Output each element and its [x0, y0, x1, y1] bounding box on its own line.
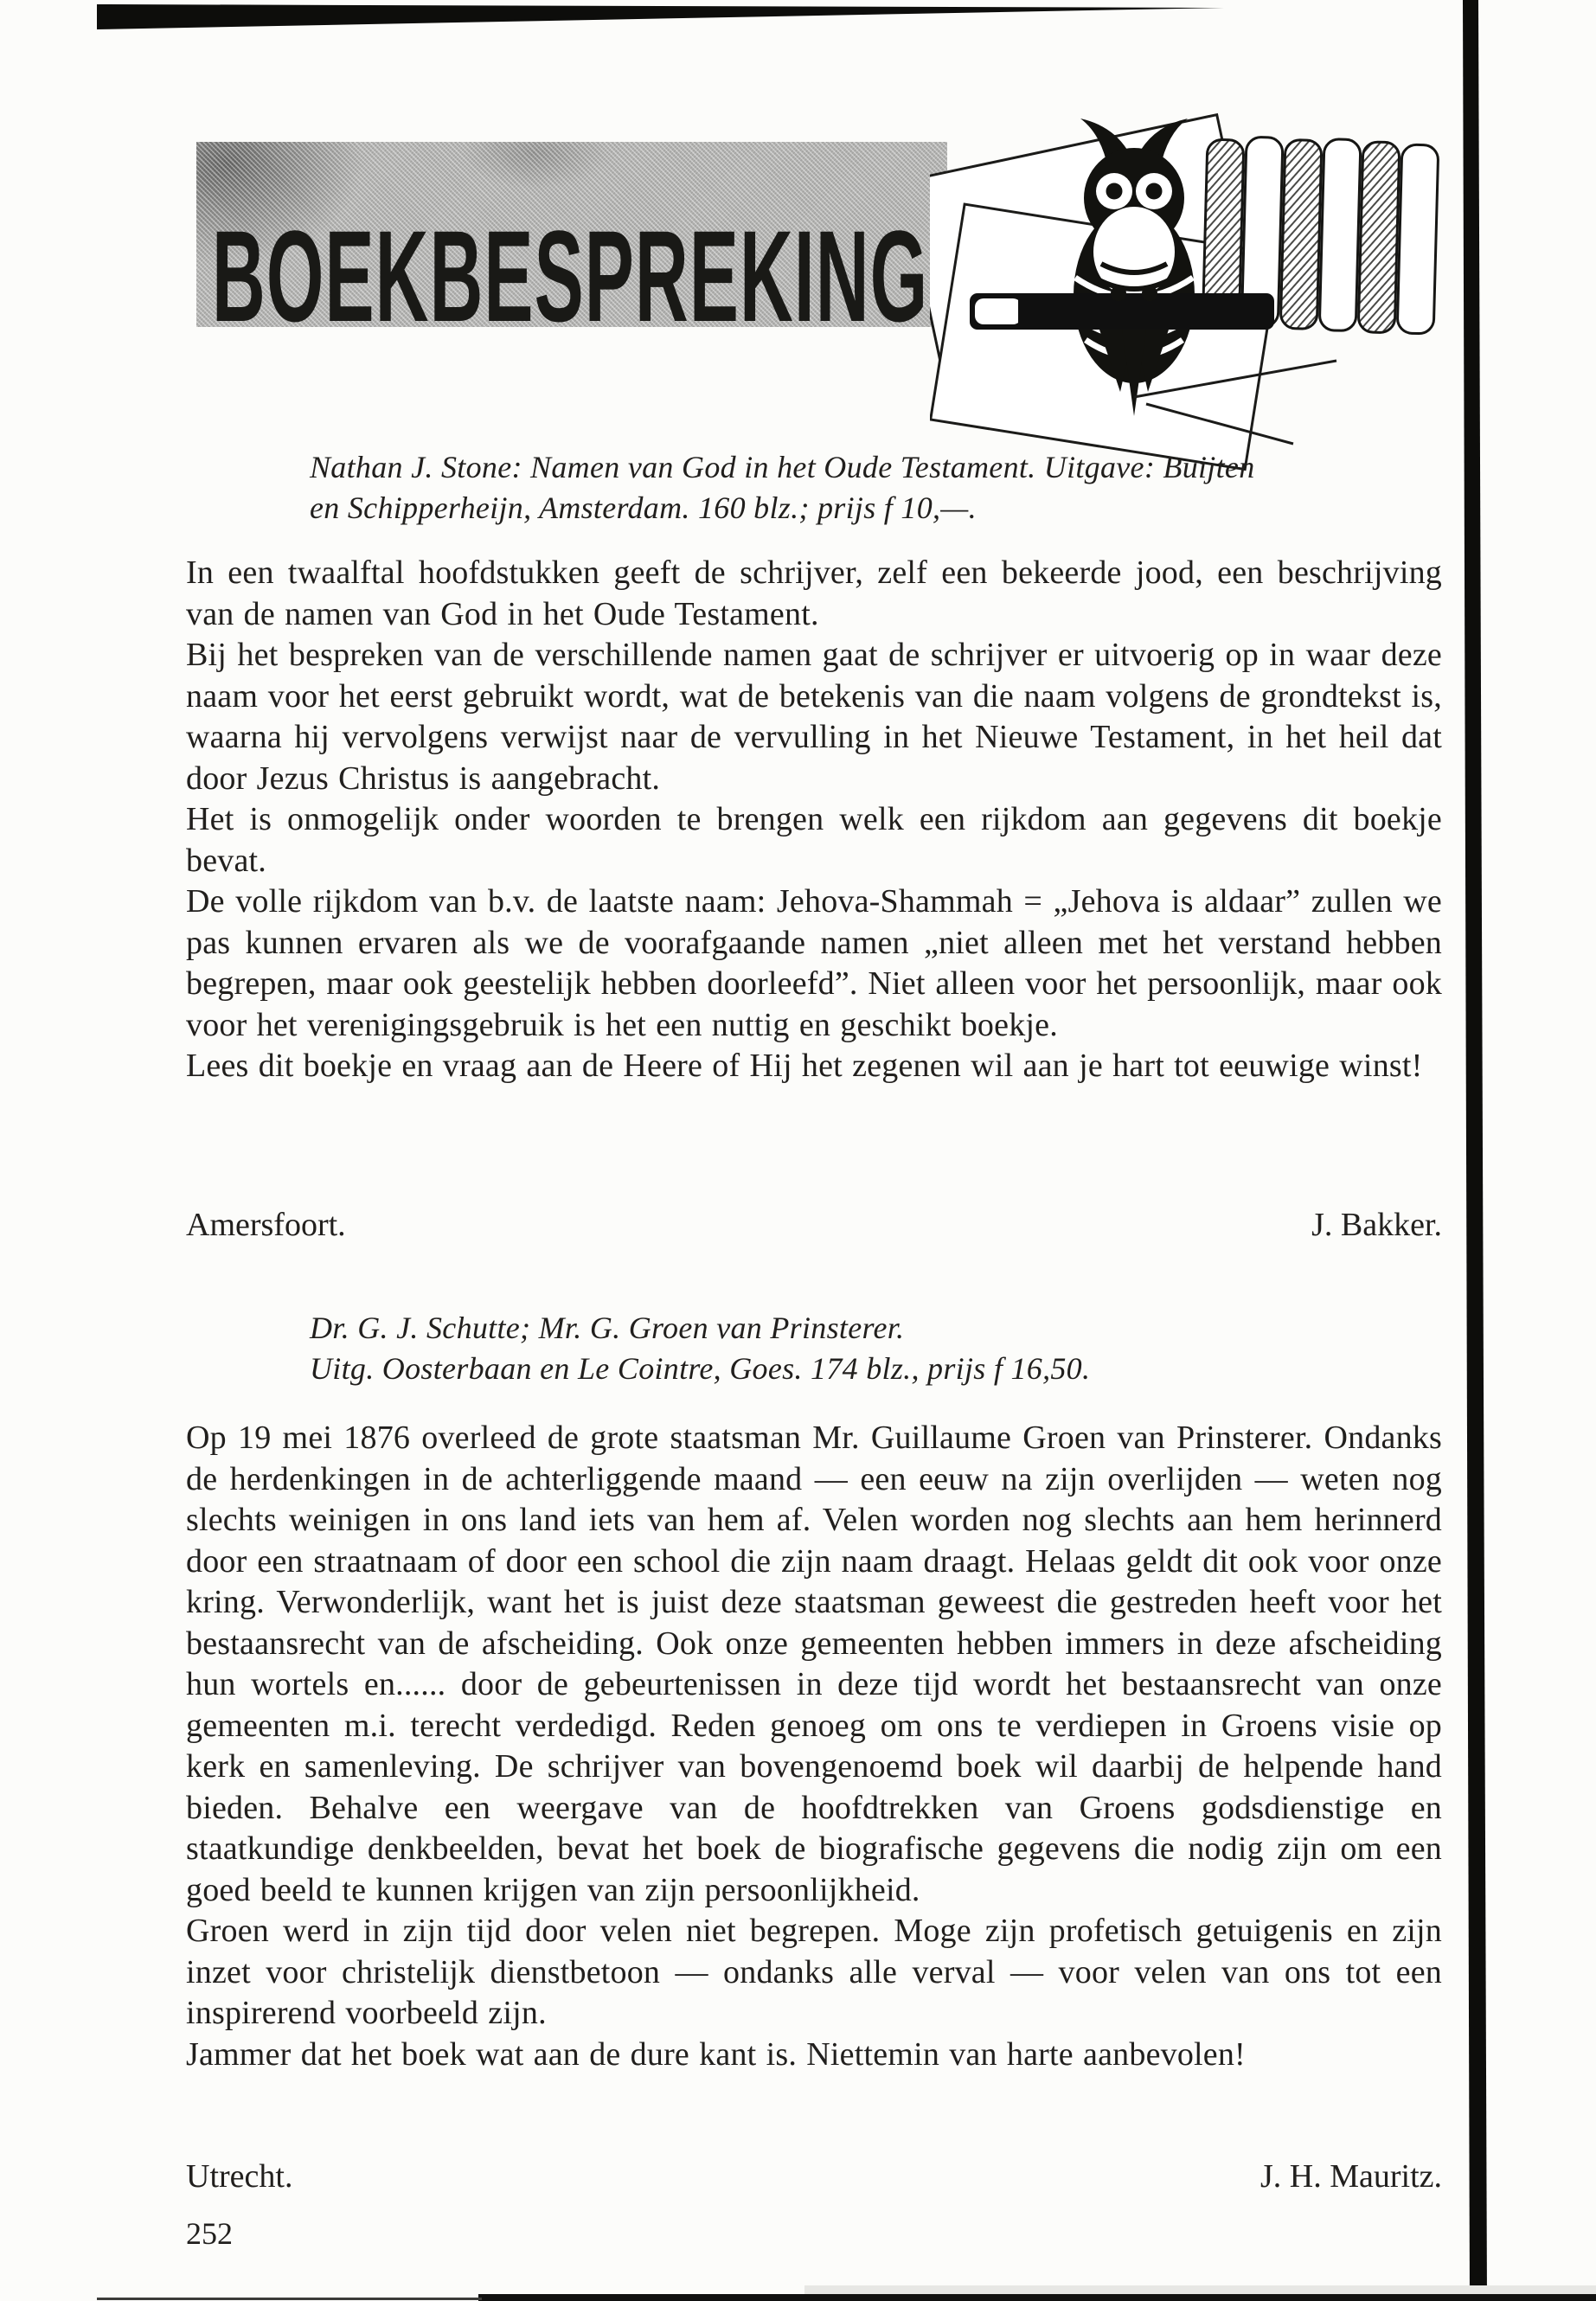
review-1-signature-row: Amersfoort. J. Bakker. [186, 1205, 1442, 1246]
top-edge-wedge [97, 4, 1224, 29]
review-1-heading-line-2: en Schipperheijn, Amsterdam. 160 blz.; p… [310, 488, 1255, 529]
review-2-heading: Dr. G. J. Schutte; Mr. G. Groen van Prin… [310, 1308, 1090, 1389]
review-1-paragraph: In een twaalftal hoofdstukken geeft de s… [186, 553, 1442, 635]
review-2-reviewer: J. H. Mauritz. [1260, 2157, 1442, 2197]
review-2-paragraph: Op 19 mei 1876 overleed de grote staatsm… [186, 1418, 1442, 1911]
review-2-body: Op 19 mei 1876 overleed de grote staatsm… [186, 1418, 1442, 2075]
review-2-signature-row: Utrecht. J. H. Mauritz. [186, 2157, 1442, 2197]
review-2-paragraph: Groen werd in zijn tijd door velen niet … [186, 1911, 1442, 2035]
page-number: 252 [186, 2216, 233, 2251]
review-2-heading-line-1: Dr. G. J. Schutte; Mr. G. Groen van Prin… [310, 1308, 1090, 1349]
bottom-left-line [97, 2298, 482, 2300]
review-1-paragraph: Lees dit boekje en vraag aan de Heere of… [186, 1046, 1442, 1087]
boekbespreking-banner: BOEKBESPREKING [196, 142, 947, 327]
owl-books-illustration [930, 99, 1471, 497]
banner-title: BOEKBESPREKING [212, 211, 928, 341]
bottom-black-bar [478, 2294, 1596, 2301]
review-1-body: In een twaalftal hoofdstukken geeft de s… [186, 553, 1442, 1087]
review-1-reviewer: J. Bakker. [1311, 1205, 1442, 1246]
review-1-paragraph: De volle rijkdom van b.v. de laatste naa… [186, 881, 1442, 1046]
scanned-book-review-page: BOEKBESPREKING [0, 0, 1596, 2301]
review-1-paragraph: Bij het bespreken van de verschillende n… [186, 635, 1442, 799]
review-1-heading: Nathan J. Stone: Namen van God in het Ou… [310, 447, 1255, 529]
review-1-paragraph: Het is onmogelijk onder woorden te breng… [186, 799, 1442, 881]
review-2-heading-line-2: Uitg. Oosterbaan en Le Cointre, Goes. 17… [310, 1349, 1090, 1389]
review-1-heading-line-1: Nathan J. Stone: Namen van God in het Ou… [310, 447, 1255, 488]
review-1-place: Amersfoort. [186, 1205, 346, 1246]
bottom-gray-band [804, 2285, 1596, 2295]
review-2-paragraph: Jammer dat het boek wat aan de dure kant… [186, 2035, 1442, 2076]
review-2-place: Utrecht. [186, 2157, 292, 2197]
